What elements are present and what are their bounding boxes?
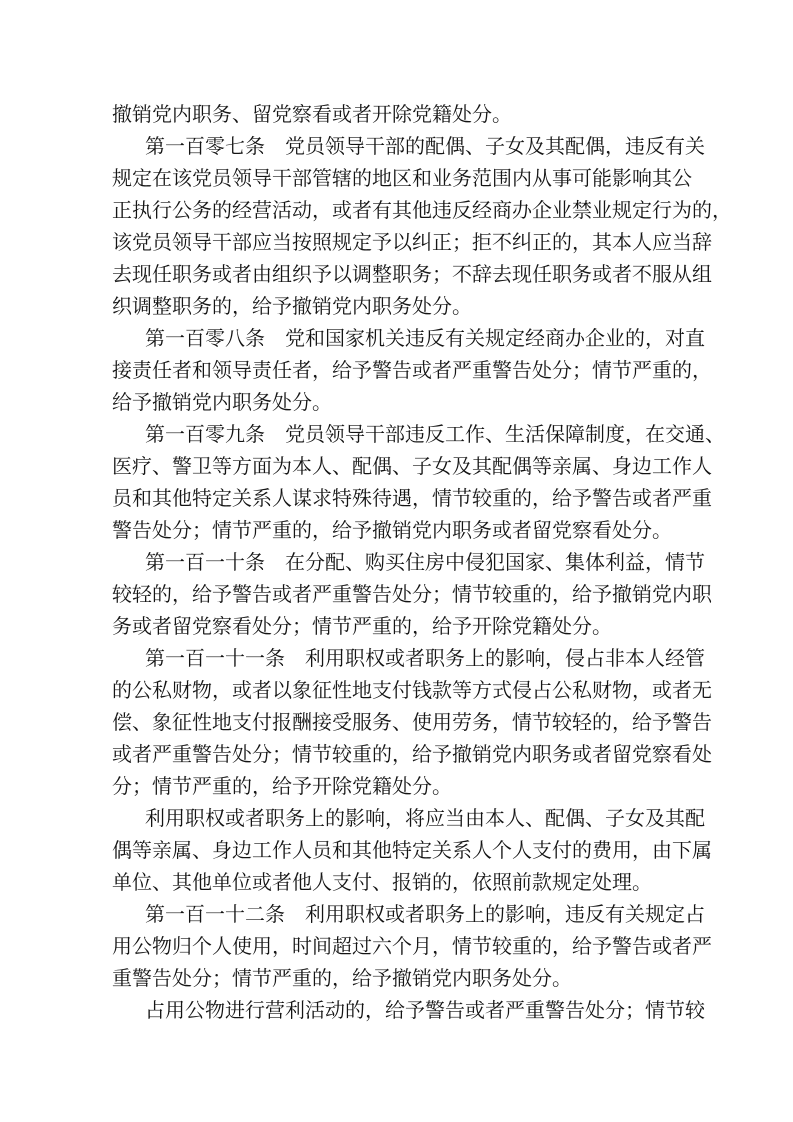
- text-line: 医疗、警卫等方面为本人、配偶、子女及其配偶等亲属、身边工作人: [112, 451, 682, 483]
- text-line: 较轻的，给予警告或者严重警告处分；情节较重的，给予撤销党内职: [112, 579, 682, 611]
- text-line: 规定在该党员领导干部管辖的地区和业务范围内从事可能影响其公: [112, 163, 682, 195]
- text-line: 警告处分；情节严重的，给予撤销党内职务或者留党察看处分。: [112, 515, 682, 547]
- text-line: 的公私财物，或者以象征性地支付钱款等方式侵占公私财物，或者无: [112, 675, 682, 707]
- text-line: 接责任者和领导责任者，给予警告或者严重警告处分；情节严重的，: [112, 355, 682, 387]
- text-line: 占用公物进行营利活动的，给予警告或者严重警告处分；情节较: [112, 995, 682, 1027]
- text-line: 务或者留党察看处分；情节严重的，给予开除党籍处分。: [112, 611, 682, 643]
- text-line: 正执行公务的经营活动，或者有其他违反经商办企业禁业规定行为的，: [112, 195, 682, 227]
- page-lines: 撤销党内职务、留党察看或者开除党籍处分。第一百零七条 党员领导干部的配偶、子女及…: [112, 99, 682, 1027]
- text-line: 撤销党内职务、留党察看或者开除党籍处分。: [112, 99, 682, 131]
- text-line: 分；情节严重的，给予开除党籍处分。: [112, 771, 682, 803]
- text-line: 或者严重警告处分；情节较重的，给予撤销党内职务或者留党察看处: [112, 739, 682, 771]
- document-page: 撤销党内职务、留党察看或者开除党籍处分。第一百零七条 党员领导干部的配偶、子女及…: [0, 0, 793, 1122]
- text-line: 利用职权或者职务上的影响，将应当由本人、配偶、子女及其配: [112, 803, 682, 835]
- text-line: 第一百一十条 在分配、购买住房中侵犯国家、集体利益，情节: [112, 547, 682, 579]
- text-line: 单位、其他单位或者他人支付、报销的，依照前款规定处理。: [112, 867, 682, 899]
- text-line: 去现任职务或者由组织予以调整职务；不辞去现任职务或者不服从组: [112, 259, 682, 291]
- text-line: 用公物归个人使用，时间超过六个月，情节较重的，给予警告或者严: [112, 931, 682, 963]
- text-line: 偿、象征性地支付报酬接受服务、使用劳务，情节较轻的，给予警告: [112, 707, 682, 739]
- text-line: 第一百一十二条 利用职权或者职务上的影响，违反有关规定占: [112, 899, 682, 931]
- text-line: 给予撤销党内职务处分。: [112, 387, 682, 419]
- text-line: 该党员领导干部应当按照规定予以纠正；拒不纠正的，其本人应当辞: [112, 227, 682, 259]
- text-line: 织调整职务的，给予撤销党内职务处分。: [112, 291, 682, 323]
- text-line: 员和其他特定关系人谋求特殊待遇，情节较重的，给予警告或者严重: [112, 483, 682, 515]
- text-line: 偶等亲属、身边工作人员和其他特定关系人个人支付的费用，由下属: [112, 835, 682, 867]
- text-line: 第一百零九条 党员领导干部违反工作、生活保障制度，在交通、: [112, 419, 682, 451]
- text-line: 第一百零七条 党员领导干部的配偶、子女及其配偶，违反有关: [112, 131, 682, 163]
- text-line: 重警告处分；情节严重的，给予撤销党内职务处分。: [112, 963, 682, 995]
- text-line: 第一百一十一条 利用职权或者职务上的影响，侵占非本人经管: [112, 643, 682, 675]
- text-line: 第一百零八条 党和国家机关违反有关规定经商办企业的，对直: [112, 323, 682, 355]
